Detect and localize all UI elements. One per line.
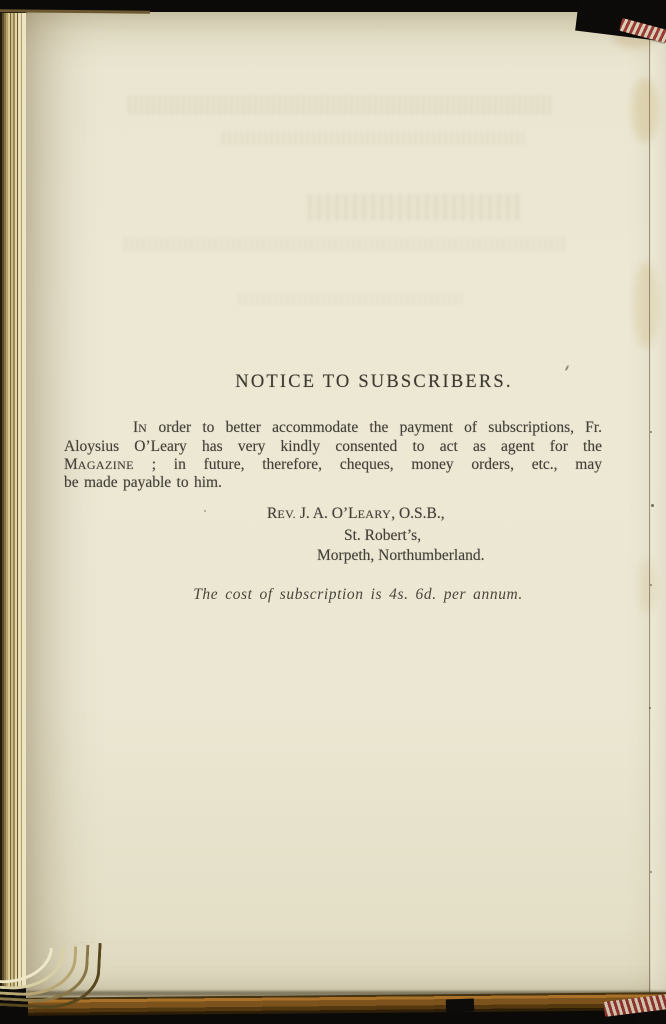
- binding-crease: [649, 16, 650, 998]
- stain: [632, 78, 658, 142]
- address-text-segment: J. A. O’L: [296, 505, 358, 522]
- paragraph-text-segment: M: [64, 456, 78, 473]
- cover-edge-notch: [446, 999, 474, 1013]
- address-text-segment: EV.: [277, 507, 296, 521]
- paragraph-line: IN order to better accommodate the payme…: [64, 419, 602, 438]
- stitch-speck: [650, 871, 652, 873]
- paragraph-text-segment: order to better accommodate the payment …: [147, 419, 602, 436]
- stain: [638, 560, 656, 614]
- ink-speck: [204, 510, 206, 512]
- stain: [634, 262, 658, 348]
- stitch-speck: [651, 504, 654, 507]
- paragraph-text-segment: ; in future, therefore, cheques, money o…: [134, 456, 602, 473]
- paragraph-line: MAGAZINE ; in future, therefore, cheques…: [64, 456, 602, 475]
- address-text-segment: EARY: [358, 507, 392, 521]
- stitch-speck: [649, 707, 651, 709]
- paragraph-text-segment: AGAZINE: [78, 458, 134, 472]
- stitch-speck: [650, 431, 652, 433]
- address-line-house: St. Robert’s,: [344, 527, 421, 545]
- show-through-smudge: [222, 131, 524, 145]
- page-title: NOTICE TO SUBSCRIBERS.: [235, 372, 512, 393]
- show-through-smudge: [128, 95, 552, 115]
- address-line-name: REV. J. A. O’LEARY, O.S.B.,: [267, 505, 445, 523]
- address-text-segment: R: [267, 505, 277, 522]
- paragraph-line: be made payable to him.: [64, 474, 602, 492]
- show-through-smudge: [124, 237, 566, 251]
- subscription-cost-note: The cost of subscription is 4s. 6d. per …: [193, 586, 523, 604]
- paragraph-line: Aloysius O’Leary has very kindly consent…: [64, 438, 602, 456]
- fanned-page-edges: [0, 938, 120, 1024]
- paragraph-text-segment: N: [138, 421, 147, 435]
- stitch-speck: [650, 584, 652, 586]
- book-scan: NOTICE TO SUBSCRIBERS. IN order to bette…: [0, 0, 666, 1024]
- show-through-smudge: [238, 293, 462, 305]
- address-line-town: Morpeth, Northumberland.: [317, 547, 484, 565]
- notice-paragraph: IN order to better accommodate the payme…: [64, 419, 602, 492]
- address-text-segment: , O.S.B.,: [391, 505, 444, 522]
- show-through-smudge: [308, 194, 522, 221]
- gutter-page-edges: [0, 13, 26, 988]
